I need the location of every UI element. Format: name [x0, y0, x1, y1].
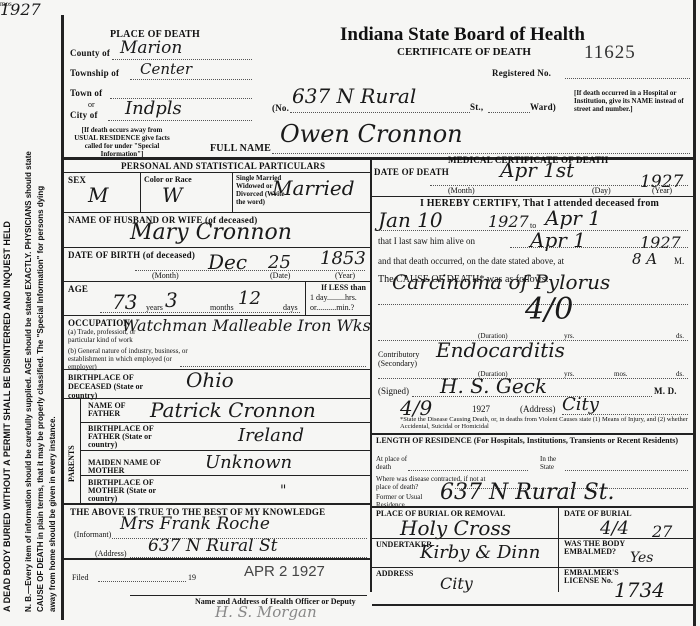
mos-label-2: mos. [614, 370, 627, 378]
rule [80, 450, 370, 451]
away-note: [If death occurs away from USUAL RESIDEN… [72, 126, 172, 158]
street-no-label: (No. [272, 103, 289, 113]
age-years: 73 [112, 290, 137, 314]
rule [64, 281, 370, 282]
age-label: AGE [68, 284, 88, 294]
occupation-b-label: (b) General nature of industry, business… [68, 347, 193, 371]
filed-line [98, 581, 186, 582]
rule [372, 433, 693, 435]
registered-line [565, 78, 690, 79]
less-than-label: If LESS than [321, 283, 366, 292]
at-place-line [408, 470, 528, 471]
birthplace-label: BIRTHPLACE OF DECEASED (State or country… [68, 373, 148, 400]
rule [64, 172, 370, 173]
ward-line [488, 112, 530, 113]
occurred-time: 8 A [632, 250, 657, 268]
day-hrs-label: 1 day.........hrs. [310, 293, 357, 302]
informant-address: 637 N Rural St [148, 536, 277, 556]
death-certificate: A DEAD BODY BURIED WITHOUT A PERMIT SHAL… [0, 0, 700, 626]
form-subtitle: CERTIFICATE OF DEATH [397, 46, 531, 58]
signed-address: City [562, 394, 599, 415]
occupation-value: Watchman Malleable Iron Wks [122, 316, 371, 335]
mother-birthplace-label: BIRTHPLACE OF MOTHER (State or country) [88, 479, 168, 503]
rule [80, 422, 370, 423]
certify-text: I HEREBY CERTIFY, That I attended deceas… [420, 198, 659, 209]
last-saw-value: Apr 1 [530, 228, 586, 252]
dod-month-label: (Month) [448, 186, 475, 195]
signed-value: H. S. Geck [440, 374, 547, 398]
rule [558, 508, 559, 592]
cause-duration: 4/0 [525, 292, 573, 327]
attended-from: Jan 10 [378, 208, 443, 232]
rule [372, 196, 693, 197]
marital-value: Married [272, 176, 355, 200]
form-right-border [693, 0, 696, 626]
md-label: M. D. [654, 386, 677, 396]
rule [305, 282, 306, 315]
license-value: 1734 [614, 578, 665, 602]
spouse-value: Mary Cronnon [130, 220, 292, 245]
cause-footnote: *State the Disease Causing Death, or, in… [400, 416, 690, 430]
or-min-label: or..........min.? [310, 303, 354, 312]
township-line [130, 79, 252, 80]
dod-label: DATE OF DEATH [374, 167, 449, 177]
column-divider [370, 160, 372, 592]
rule [372, 538, 693, 539]
county-label: County of [70, 48, 110, 58]
occupation-label: OCCUPATION [68, 318, 130, 328]
age-months: 3 [165, 288, 178, 312]
health-officer-signature: H. S. Morgan [215, 603, 317, 621]
rule [140, 172, 141, 212]
race-value: W [162, 183, 183, 207]
days-label: days [283, 303, 298, 312]
month-label: (Month) [152, 271, 179, 280]
father-value: Patrick Cronnon [150, 398, 316, 422]
dob-year: 1853 [320, 248, 366, 269]
ward-label: Ward) [530, 102, 556, 112]
form-title: Indiana State Board of Health [340, 24, 585, 46]
city-label: City of [70, 110, 98, 120]
rule [232, 172, 233, 212]
father-birthplace-label: BIRTHPLACE OF FATHER (State or country) [88, 425, 168, 449]
margin-note-1: N. B.—Every item of information should b… [24, 151, 33, 612]
year-label: (Year) [335, 271, 355, 280]
margin-warning: A DEAD BODY BURIED WITHOUT A PERMIT SHAL… [2, 221, 12, 612]
rule [372, 604, 693, 606]
ds-label-2: ds. [676, 370, 684, 378]
filed-label: Filed [72, 573, 88, 582]
occupation-b-line [180, 366, 366, 367]
mother-birthplace-value: " [280, 483, 286, 499]
mother-value: Unknown [205, 452, 292, 473]
rule [80, 475, 370, 476]
rule [64, 503, 370, 505]
hospital-note: [If death occurred in a Hospital or Inst… [574, 89, 692, 113]
signed-year: 1927 [472, 404, 490, 414]
informant-label: (Informant) [74, 530, 111, 539]
age-line [100, 312, 300, 313]
undertaker-address-value: City [440, 574, 473, 593]
city-line [108, 120, 252, 121]
age-days: 12 [238, 288, 261, 309]
town-label: Town of [70, 88, 102, 98]
rule [64, 212, 370, 213]
full-name-label: FULL NAME [210, 143, 271, 154]
burial-date-label: DATE OF BURIAL [564, 510, 632, 518]
burial-place-value: Holy Cross [400, 516, 511, 540]
birthplace-value: Ohio [186, 368, 234, 392]
father-label: NAME OF FATHER [88, 402, 158, 418]
registered-label: Registered No. [492, 68, 551, 78]
former-residence-value: 637 N Rural St. [440, 480, 615, 505]
dob-label: DATE OF BIRTH (of deceased) [68, 250, 195, 260]
street-value: 637 N Rural [292, 84, 416, 108]
filed-19-label: 19 [188, 573, 196, 582]
cause-value: Carcinoma of Pylorus [392, 270, 610, 294]
sex-value: M [88, 183, 108, 207]
full-name-line [272, 153, 690, 154]
margin-note-2: CAUSE OF DEATH in plain terms, that it m… [36, 186, 45, 612]
occurred-text: and that death occurred, on the date sta… [378, 256, 564, 266]
city-value: Indpls [125, 98, 182, 119]
sex-label: SEX [68, 175, 86, 185]
burial-date-value: 4/4 [600, 518, 629, 539]
undertaker-address-label: ADDRESS [376, 570, 413, 578]
rule [372, 567, 693, 568]
undertaker-value: Kirby & Dinn [420, 542, 540, 563]
township-value: Center [140, 60, 192, 78]
full-name-value: Owen Cronnon [280, 120, 463, 148]
mother-label: MAIDEN NAME OF MOTHER [88, 459, 168, 475]
personal-heading: PERSONAL AND STATISTICAL PARTICULARS [121, 161, 325, 171]
mos-label: mos. [0, 0, 13, 8]
yrs-label: yrs. [564, 332, 574, 340]
contributory-value: Endocarditis [436, 338, 565, 362]
margin-note-3: away from home should be given in every … [48, 416, 57, 612]
in-state-label: In the State [540, 455, 570, 471]
years-label: years [146, 303, 163, 312]
rule [372, 506, 693, 508]
date-label: (Date) [270, 271, 290, 280]
at-place-label: At place of death [376, 455, 410, 471]
attended-from-year: 1927 [488, 212, 529, 231]
st-label: St., [470, 102, 483, 112]
last-saw-line [510, 247, 688, 248]
township-label: Township of [70, 68, 119, 78]
dod-year-label: (Year) [652, 186, 672, 195]
filed-stamp: APR 2 1927 [244, 563, 325, 580]
contributory-label: Contributory (Secondary) [378, 350, 438, 368]
father-birthplace-value: Ireland [238, 425, 304, 446]
address-label: (Address) [95, 549, 127, 558]
embalmed-value: Yes [630, 550, 654, 566]
months-label: months [210, 303, 234, 312]
certificate-number: 11625 [584, 42, 636, 64]
signed-address-line [562, 414, 688, 415]
street-line [290, 112, 470, 113]
rule [130, 595, 367, 596]
ds-label: ds. [676, 332, 684, 340]
last-saw-label: that I last saw him alive on [378, 236, 475, 246]
or-label: or [88, 100, 95, 109]
dod-value: Apr 1st [500, 158, 574, 182]
m-label: M. [674, 256, 684, 266]
dod-day-label: (Day) [592, 186, 611, 195]
signed-line [412, 396, 652, 397]
yrs-label-2: yrs. [564, 370, 574, 378]
informant-value: Mrs Frank Roche [120, 514, 270, 534]
residence-label: LENGTH OF RESIDENCE (For Hospitals, Inst… [376, 436, 688, 445]
signed-address-label: (Address) [520, 404, 556, 414]
signed-label: (Signed) [378, 386, 409, 396]
parents-label: PARENTS [67, 445, 76, 482]
county-value: Marion [120, 38, 182, 58]
in-state-line [565, 470, 688, 471]
attended-to: Apr 1 [545, 206, 601, 230]
rule [64, 558, 370, 560]
form-left-border [61, 15, 64, 620]
